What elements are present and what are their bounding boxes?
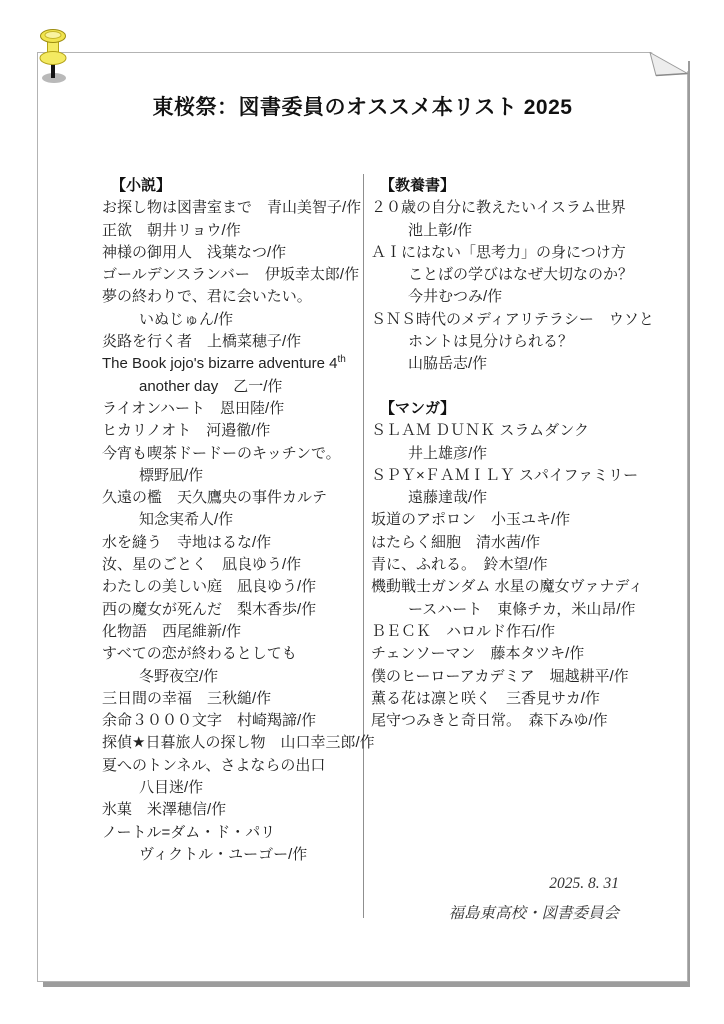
book-line: すべての恋が終わるとしても	[102, 643, 364, 665]
book-line: 汝、星のごとく 凪良ゆう/作	[102, 554, 364, 576]
book-line: ノートル=ダム・ド・パリ	[102, 822, 364, 844]
footer-date: 2025. 8. 31	[448, 869, 619, 899]
book-line: 八目迷/作	[102, 777, 364, 799]
book-line: 尾守つみきと奇日常。 森下みゆ/作	[371, 710, 683, 732]
book-line: 久遠の檻 天久鷹央の事件カルテ	[102, 487, 364, 509]
book-line: 機動戦士ガンダム 水星の魔女ヴァナディ	[371, 576, 683, 598]
book-line: 余命３０００文字 村崎羯諦/作	[102, 710, 364, 732]
book-line: 神様の御用人 浅葉なつ/作	[102, 242, 364, 264]
book-line: 標野凪/作	[102, 465, 364, 487]
book-line: 池上彰/作	[371, 220, 683, 242]
nonfiction-manga-column: 【教養書】２０歳の自分に教えたいイスラム世界池上彰/作ＡＩにはない「思考力」の身…	[371, 175, 683, 732]
book-line: 夏へのトンネル、さよならの出口	[102, 755, 364, 777]
book-line: another day 乙一/作	[102, 376, 364, 398]
book-line: お探し物は図書室まで 青山美智子/作	[102, 197, 364, 219]
book-line: ースハート 東條チカ，米山昂/作	[371, 599, 683, 621]
book-line: 今宵も喫茶ドードーのキッチンで。	[102, 443, 364, 465]
book-line: 今井むつみ/作	[371, 286, 683, 308]
book-line: ヒカリノオト 河邉徹/作	[102, 420, 364, 442]
book-line: ＳＮＳ時代のメディアリテラシー ウソと	[371, 309, 683, 331]
book-line: 青に、ふれる。 鈴木望/作	[371, 554, 683, 576]
book-line	[371, 376, 683, 398]
book-line: ２０歳の自分に教えたいイスラム世界	[371, 197, 683, 219]
book-line: ゴールデンスランバー 伊坂幸太郎/作	[102, 264, 364, 286]
book-line: ヴィクトル・ユーゴー/作	[102, 844, 364, 866]
pushpin-icon	[32, 26, 74, 88]
section-header: 【小説】	[102, 175, 364, 197]
footer-credit: 福島東高校・図書委員会	[448, 899, 619, 929]
paper-sheet: 東桜祭：図書委員のオススメ本リスト 2025 【小説】お探し物は図書室まで 青山…	[37, 52, 688, 982]
section-header: 【マンガ】	[371, 398, 683, 420]
book-line: 遠藤達哉/作	[371, 487, 683, 509]
book-line: 井上雄彦/作	[371, 443, 683, 465]
book-line: The Book jojo's bizarre adventure 4th	[102, 353, 364, 375]
footer: 2025. 8. 31 福島東高校・図書委員会	[448, 869, 619, 929]
novel-column: 【小説】お探し物は図書室まで 青山美智子/作正欲 朝井リョウ/作神様の御用人 浅…	[102, 175, 364, 866]
book-line: 化物語 西尾維新/作	[102, 621, 364, 643]
book-line: 炎路を行く者 上橋菜穂子/作	[102, 331, 364, 353]
book-line: ライオンハート 恩田陸/作	[102, 398, 364, 420]
book-line: 知念実希人/作	[102, 509, 364, 531]
book-line: 探偵★日暮旅人の探し物 山口幸三郎/作	[102, 732, 364, 754]
book-line: ＳＰＹ×ＦＡＭＩＬＹ スパイファミリー	[371, 465, 683, 487]
book-line: 薫る花は凛と咲く 三香見サカ/作	[371, 688, 683, 710]
book-line: はたらく細胞 清水茜/作	[371, 532, 683, 554]
book-line: 氷菓 米澤穂信/作	[102, 799, 364, 821]
book-line: ＳＬＡＭ ＤＵＮＫ スラムダンク	[371, 420, 683, 442]
book-line: 冬野夜空/作	[102, 666, 364, 688]
folded-corner-icon	[630, 52, 688, 86]
book-line: 山脇岳志/作	[371, 353, 683, 375]
book-line: 僕のヒーローアカデミア 堀越耕平/作	[371, 666, 683, 688]
book-line: 夢の終わりで、君に会いたい。	[102, 286, 364, 308]
section-header: 【教養書】	[371, 175, 683, 197]
book-line: 正欲 朝井リョウ/作	[102, 220, 364, 242]
book-line: わたしの美しい庭 凪良ゆう/作	[102, 576, 364, 598]
book-line: ホントは見分けられる？	[371, 331, 683, 353]
book-line: いぬじゅん/作	[102, 309, 364, 331]
page-title: 東桜祭：図書委員のオススメ本リスト 2025	[38, 91, 687, 121]
book-line: 坂道のアポロン 小玉ユキ/作	[371, 509, 683, 531]
book-line: 水を縫う 寺地はるな/作	[102, 532, 364, 554]
book-line: 三日間の幸福 三秋縋/作	[102, 688, 364, 710]
book-line: ＡＩにはない「思考力」の身につけ方	[371, 242, 683, 264]
book-line: ことばの学びはなぜ大切なのか？	[371, 264, 683, 286]
book-line: ＢＥＣＫ ハロルド作石/作	[371, 621, 683, 643]
book-line: チェンソーマン 藤本タツキ/作	[371, 643, 683, 665]
book-line: 西の魔女が死んだ 梨木香歩/作	[102, 599, 364, 621]
